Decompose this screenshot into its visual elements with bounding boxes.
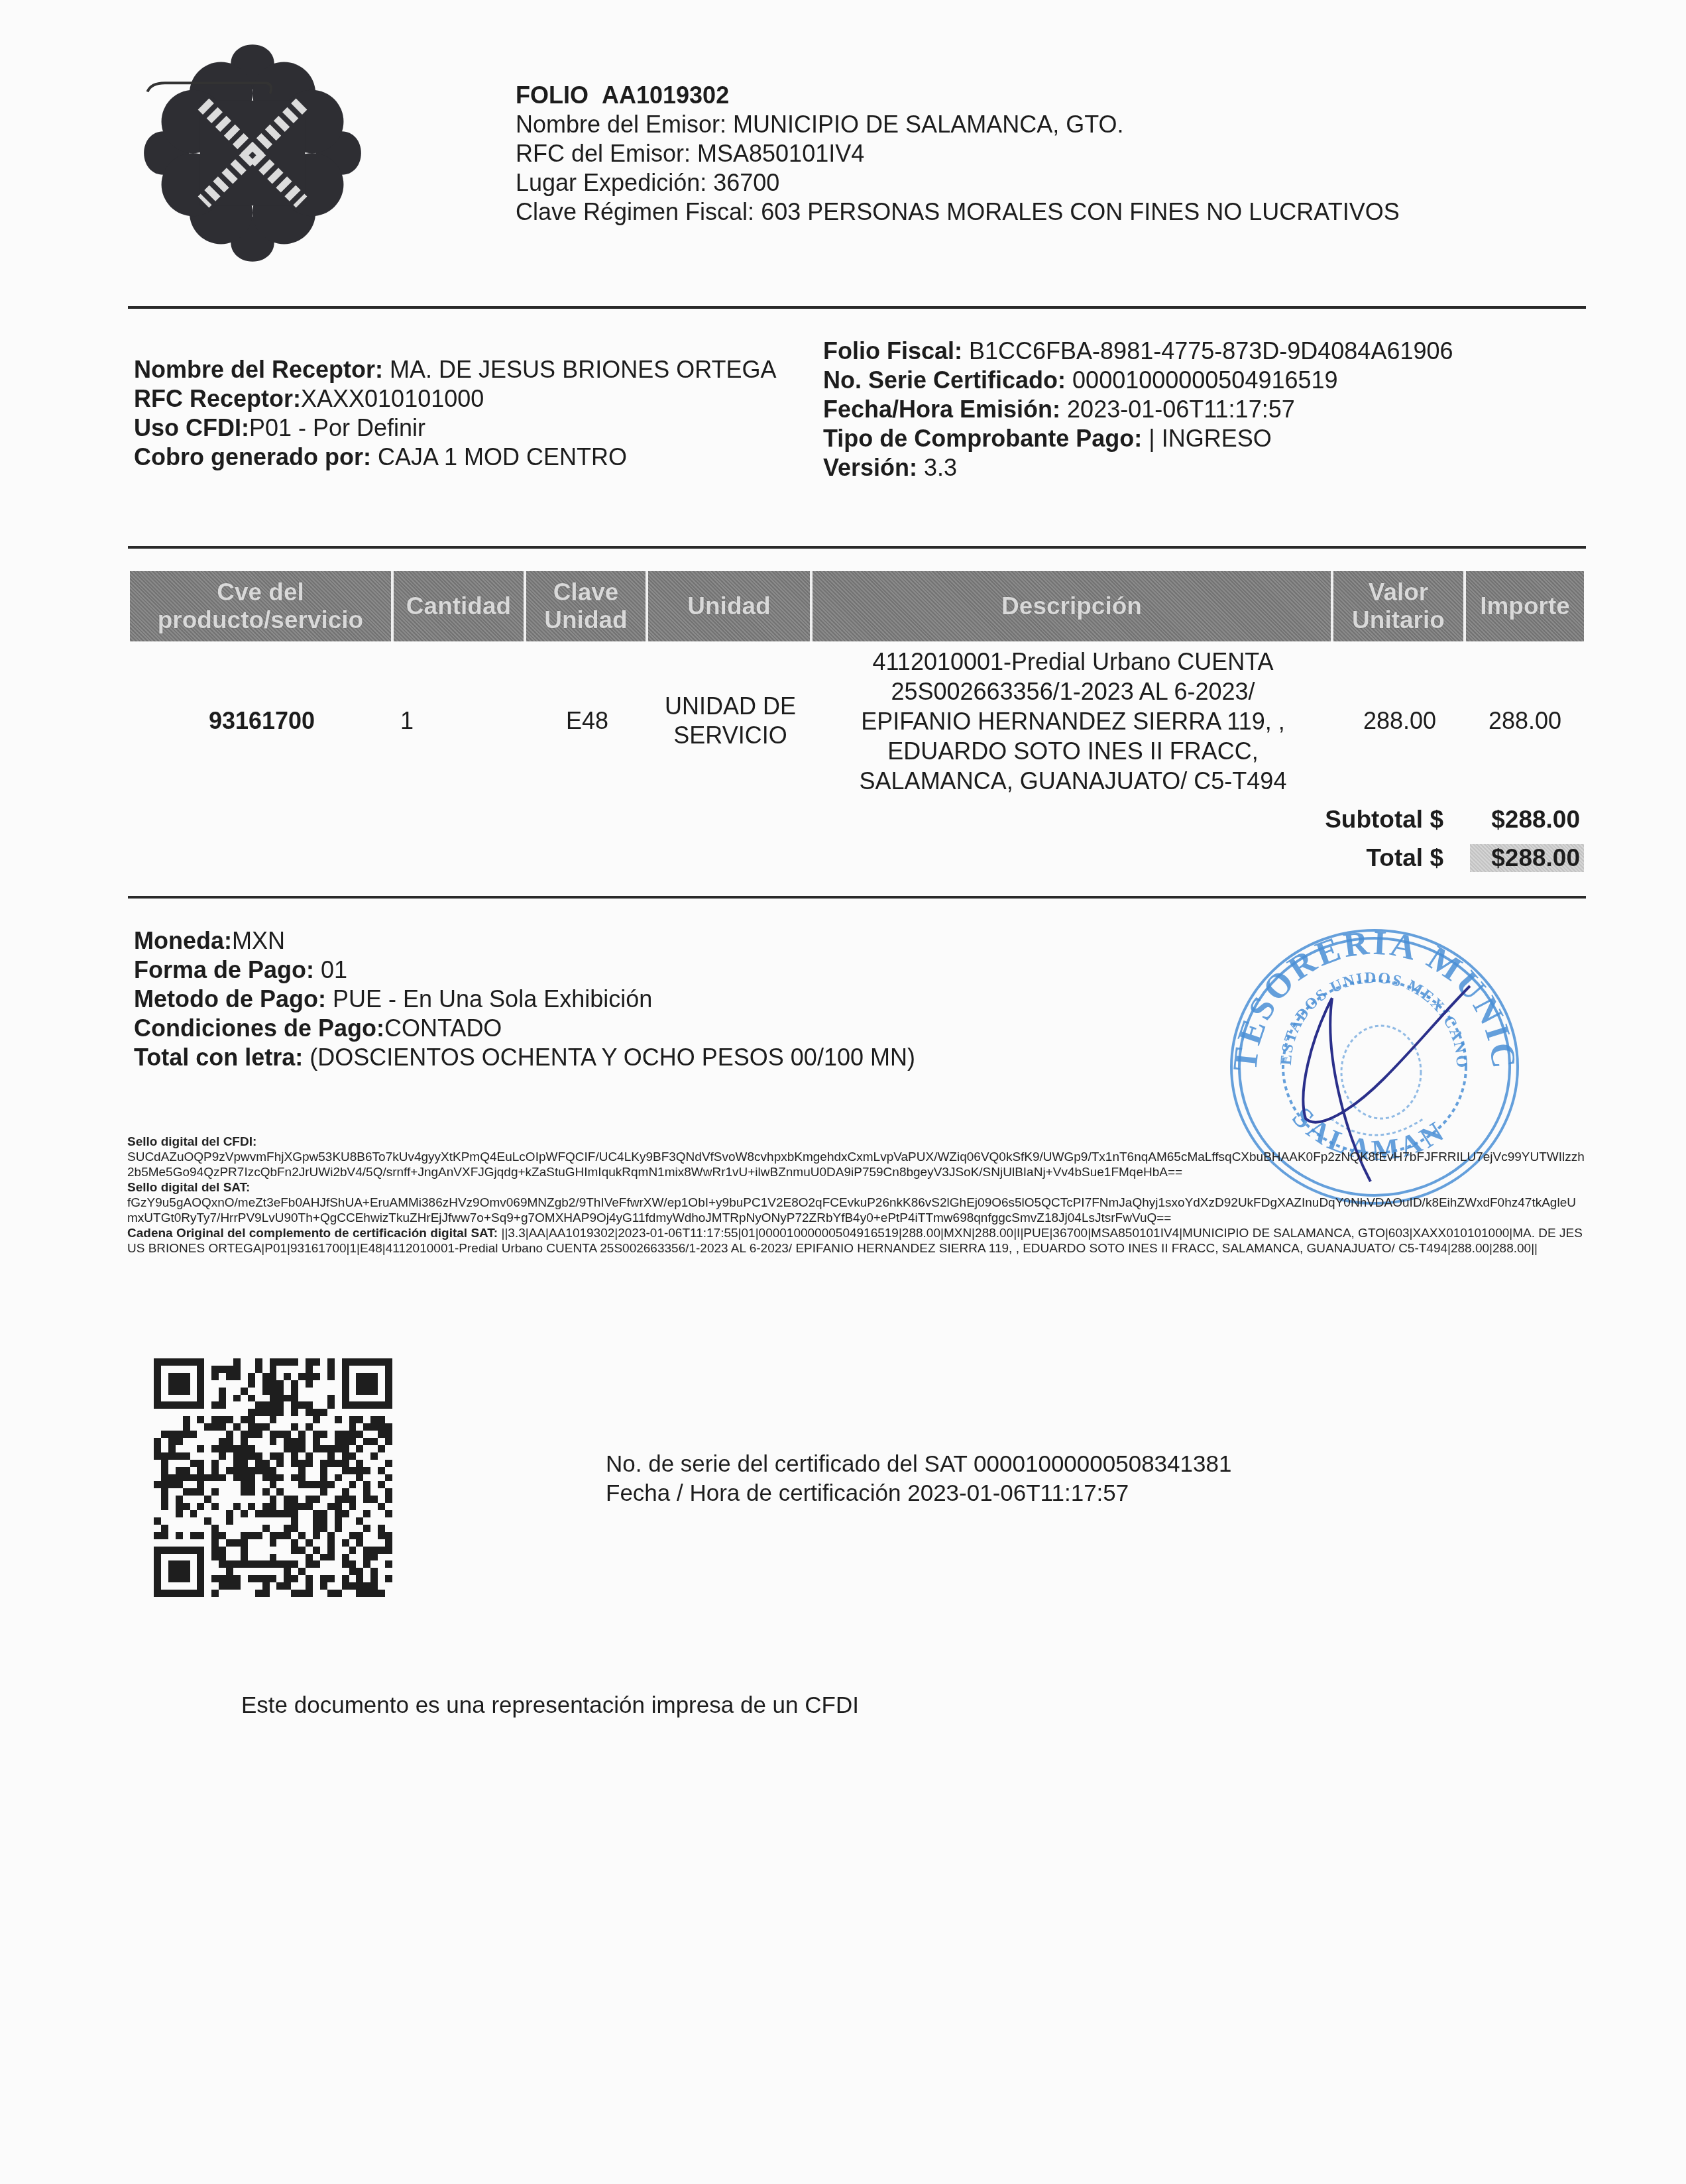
cell-clave-unidad: E48 [526,641,648,800]
stamp-outer-text: TESORERIA MUNICIPAL [1218,920,1523,1073]
cadena-original: Cadena Original del complemento de certi… [127,1226,1585,1256]
serie-sat: No. de serie del certificado del SAT 000… [606,1450,1231,1479]
certification-block: No. de serie del certificado del SAT 000… [606,1450,1231,1508]
fecha-certificacion: Fecha / Hora de certificación 2023-01-06… [606,1479,1231,1508]
folio-line: FOLIO AA1019302 [516,81,1400,110]
tipo-comprobante: Tipo de Comprobante Pago: | INGRESO [823,424,1453,453]
forma-pago: Forma de Pago: 01 [134,955,915,985]
receptor-block: Nombre del Receptor: MA. DE JESUS BRIONE… [134,355,777,472]
fiscal-block: Folio Fiscal: B1CC6FBA-8981-4775-873D-9D… [823,337,1453,482]
subtotal-value: $288.00 [1470,806,1584,834]
col-valor-unitario: Valor Unitario [1333,571,1466,641]
cell-descripcion: 4112010001-Predial Urbano CUENTA 25S0026… [813,641,1333,800]
cell-valor-unitario: 288.00 [1333,641,1466,800]
cobro-generado: Cobro generado por: CAJA 1 MOD CENTRO [134,443,777,472]
folio-fiscal: Folio Fiscal: B1CC6FBA-8981-4775-873D-9D… [823,337,1453,366]
condiciones-pago: Condiciones de Pago:CONTADO [134,1014,915,1043]
divider [128,546,1586,549]
emisor-block: FOLIO AA1019302 Nombre del Emisor: MUNIC… [516,81,1400,227]
col-clave-unidad: Clave Unidad [526,571,648,641]
receptor-rfc: RFC Receptor:XAXX010101000 [134,384,777,413]
col-descripcion: Descripción [813,571,1333,641]
subtotal-row: Subtotal $ $288.00 [1325,800,1584,839]
cell-cantidad: 1 [394,641,526,800]
total-value: $288.00 [1470,844,1584,872]
payment-block: Moneda:MXN Forma de Pago: 01 Metodo de P… [134,926,915,1072]
total-con-letra: Total con letra: (DOSCIENTOS OCHENTA Y O… [134,1043,915,1072]
emisor-name: Nombre del Emisor: MUNICIPIO DE SALAMANC… [516,110,1400,139]
serie-certificado: No. Serie Certificado: 00001000000504916… [823,366,1453,395]
col-unidad: Unidad [648,571,813,641]
uso-cfdi: Uso CFDI:P01 - Por Definir [134,413,777,443]
items-table-header: Cve del producto/servicio Cantidad Clave… [130,571,1584,641]
emisor-rfc: RFC del Emisor: MSA850101IV4 [516,139,1400,168]
lugar-expedicion: Lugar Expedición: 36700 [516,168,1400,197]
metodo-pago: Metodo de Pago: PUE - En Una Sola Exhibi… [134,985,915,1014]
cell-cve: 93161700 [130,641,394,800]
version: Versión: 3.3 [823,453,1453,482]
col-cantidad: Cantidad [394,571,526,641]
receptor-nombre: Nombre del Receptor: MA. DE JESUS BRIONE… [134,355,777,384]
moneda: Moneda:MXN [134,926,915,955]
footer-note: Este documento es una representación imp… [241,1691,859,1720]
sello-cfdi-label: Sello digital del CFDI: [127,1134,1585,1150]
seals-block: Sello digital del CFDI: SUCdAZuOQP9zVpwv… [127,1134,1585,1256]
col-importe: Importe [1466,571,1584,641]
municipal-logo-icon [130,30,375,276]
sello-sat-label: Sello digital del SAT: [127,1180,1585,1195]
col-cve: Cve del producto/servicio [130,571,394,641]
total-row: Total $ $288.00 [1325,839,1584,877]
svg-text:TESORERIA MUNICIPAL: TESORERIA MUNICIPAL [1218,920,1523,1073]
regimen-fiscal: Clave Régimen Fiscal: 603 PERSONAS MORAL… [516,197,1400,227]
sello-sat-value: fGzY9u5gAOQxnO/meZt3eFb0AHJfShUA+EruAMMi… [127,1195,1585,1226]
sello-cfdi-value: SUCdAZuOQP9zVpwvmFhjXGpw53KU8B6To7kUv4gy… [127,1150,1585,1180]
cell-unidad: UNIDAD DE SERVICIO [648,641,813,800]
folio-value: AA1019302 [602,82,729,109]
qr-code-icon [154,1358,392,1597]
table-row: 93161700 1 E48 UNIDAD DE SERVICIO 411201… [130,641,1584,800]
divider [128,896,1586,899]
divider [128,306,1586,309]
totals-block: Subtotal $ $288.00 Total $ $288.00 [1325,800,1584,877]
fecha-emision: Fecha/Hora Emisión: 2023-01-06T11:17:57 [823,395,1453,424]
cell-importe: 288.00 [1466,641,1584,800]
